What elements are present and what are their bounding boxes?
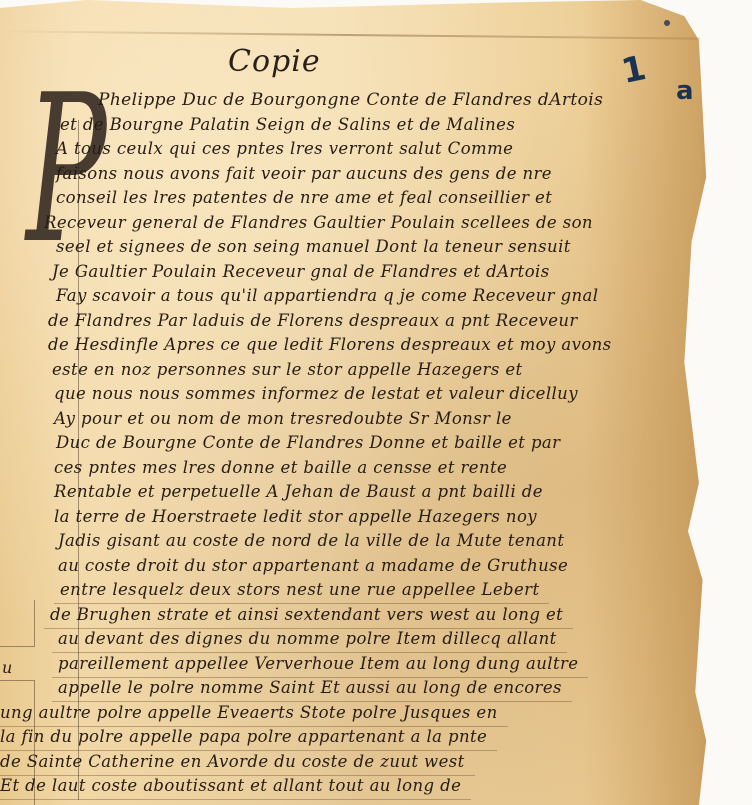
text-line: faisons nous avons fait veoir par aucuns… (56, 164, 552, 183)
text-line: este en noz personnes sur le stor appell… (52, 360, 523, 379)
text-line: appelle le polre nomme Saint Et aussi au… (58, 678, 562, 697)
folio-letter: a (676, 76, 694, 106)
text-line: et de Bourgne Palatin Seign de Salins et… (60, 115, 515, 134)
text-line: pareillement appellee Ververhoue Item au… (58, 654, 578, 673)
text-line: au coste droit du stor appartenant a mad… (58, 556, 568, 575)
text-line: Et de laut coste aboutissant et allant t… (0, 776, 461, 795)
text-line: de Brughen strate et ainsi sextendant ve… (50, 605, 563, 624)
margin-box-top (0, 600, 35, 647)
text-line: Jadis gisant au coste de nord de la vill… (58, 531, 564, 550)
text-line: entre lesquelz deux stors nest une rue a… (60, 580, 539, 599)
text-line: ces pntes mes lres donne et baille a cen… (54, 458, 507, 477)
text-line: ung aultre polre appelle Eveaerts Stote … (0, 703, 498, 722)
text-line: seel et signees de son seing manuel Dont… (56, 237, 571, 256)
text-line: Je Gaultier Poulain Receveur gnal de Fla… (52, 262, 550, 281)
text-line: de Hesdinfle Apres ce que ledit Florens … (48, 335, 612, 354)
text-line: A tous ceulx qui ces pntes lres verront … (56, 139, 513, 158)
text-line: la fin du polre appelle papa polre appar… (0, 727, 487, 746)
ink-dot (664, 20, 670, 26)
text-line: de Flandres Par laduis de Florens despre… (48, 311, 578, 330)
text-line: Fay scavoir a tous qu'il appartiendra q … (56, 286, 598, 305)
margin-note: u (2, 658, 12, 677)
text-line: conseil les lres patentes de nre ame et … (56, 188, 552, 207)
text-line: que nous nous sommes informez de lestat … (54, 384, 578, 403)
text-line: Duc de Bourgne Conte de Flandres Donne e… (56, 433, 560, 452)
document-heading: Copie (228, 44, 321, 79)
text-line: la terre de Hoerstraete ledit stor appel… (54, 507, 537, 526)
text-line: Phelippe Duc de Bourgongne Conte de Flan… (98, 90, 603, 110)
text-line: Rentable et perpetuelle A Jehan de Baust… (54, 482, 543, 501)
text-line: Ay pour et ou nom de mon tresredoubte Sr… (54, 409, 512, 428)
text-line: au devant des dignes du nomme polre Item… (58, 629, 557, 648)
text-line: de Sainte Catherine en Avorde du coste d… (0, 752, 465, 771)
text-line: Receveur general de Flandres Gaultier Po… (44, 213, 593, 232)
